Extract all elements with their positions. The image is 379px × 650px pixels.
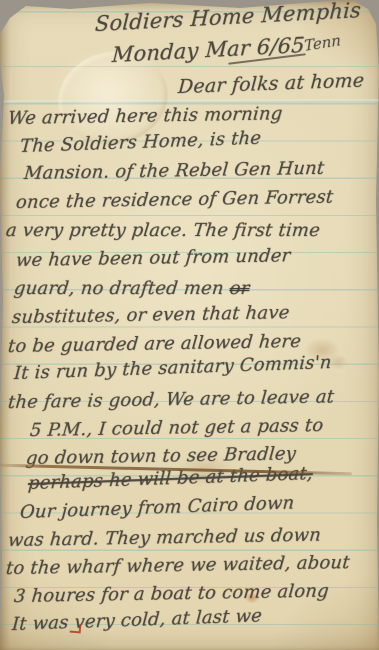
letter-line-text: guard, no drafted men: [13, 278, 231, 299]
letter-line-text: We arrived here this morning: [7, 103, 283, 129]
letter-line: to the wharf where we waited, about: [5, 552, 351, 579]
letter-line: we have been out from under: [15, 245, 291, 271]
letter-line-text: Dear folks at home: [177, 69, 365, 98]
date-annotation: Tenn: [304, 31, 342, 55]
letter-line: Soldiers Home Memphis: [94, 0, 361, 36]
letter-line: guard, no drafted men or: [13, 278, 251, 299]
letter-line-text: It was very cold, at last we: [11, 605, 262, 635]
letter-line: Our journey from Cairo down: [19, 492, 295, 523]
letter-line-text: Our journey from Cairo down: [19, 492, 295, 523]
letter-line: a very pretty place. The first time: [5, 220, 321, 241]
red-check-mark: [70, 624, 82, 634]
letter-line: Mansion. of the Rebel Gen Hunt: [23, 158, 325, 184]
letter-line: It was very cold, at last we: [11, 605, 262, 635]
letter-line-text: Soldiers Home Memphis: [94, 0, 361, 36]
letter-line: once the residence of Gen Forrest: [15, 186, 334, 213]
letter-line-text: we have been out from under: [15, 245, 291, 271]
letter-line-text: to the wharf where we waited, about: [5, 552, 351, 579]
letter-paper: Soldiers Home MemphisMonday Mar 6/65Tenn…: [0, 0, 379, 650]
letter-line: 3 houres for a boat to come along: [13, 580, 330, 607]
letter-line: to be guarded are allowed here: [7, 331, 302, 357]
letter-line-text: to be guarded are allowed here: [7, 331, 302, 357]
letter-line-text: the fare is good, We are to leave at: [7, 386, 335, 413]
letter-line: 5 P.M., I could not get a pass to: [29, 415, 324, 441]
letter-line-text: Mansion. of the Rebel Gen Hunt: [23, 158, 325, 184]
letter-line: substitutes, or even that have: [11, 302, 290, 328]
letter-line-text: Monday Mar 6/65: [111, 33, 305, 67]
struck-word: or: [229, 278, 251, 299]
letter-line-text: a very pretty place. The first time: [5, 220, 321, 241]
letter-line: Dear folks at home: [177, 69, 365, 98]
letter-line-text: 3 houres for a boat to come along: [13, 580, 330, 607]
letter-line: the fare is good, We are to leave at: [7, 386, 335, 413]
letter-text: Soldiers Home MemphisMonday Mar 6/65Tenn…: [0, 0, 379, 650]
letter-line-text: substitutes, or even that have: [11, 302, 290, 328]
letter-line: Monday Mar 6/65: [111, 33, 305, 67]
letter-scan: Soldiers Home MemphisMonday Mar 6/65Tenn…: [0, 0, 379, 650]
letter-line-text: The Soldiers Home, is the: [19, 128, 262, 157]
letter-line: We arrived here this morning: [7, 103, 283, 129]
letter-line: The Soldiers Home, is the: [19, 128, 262, 157]
letter-line-text: was hard. They marched us down: [7, 525, 322, 551]
letter-line-text: It is run by the sanitary Commis'n: [13, 352, 332, 384]
letter-line-text: once the residence of Gen Forrest: [15, 186, 334, 213]
letter-line-text: 5 P.M., I could not get a pass to: [29, 415, 324, 441]
letter-line: It is run by the sanitary Commis'n: [13, 352, 332, 384]
letter-line: was hard. They marched us down: [7, 525, 322, 551]
